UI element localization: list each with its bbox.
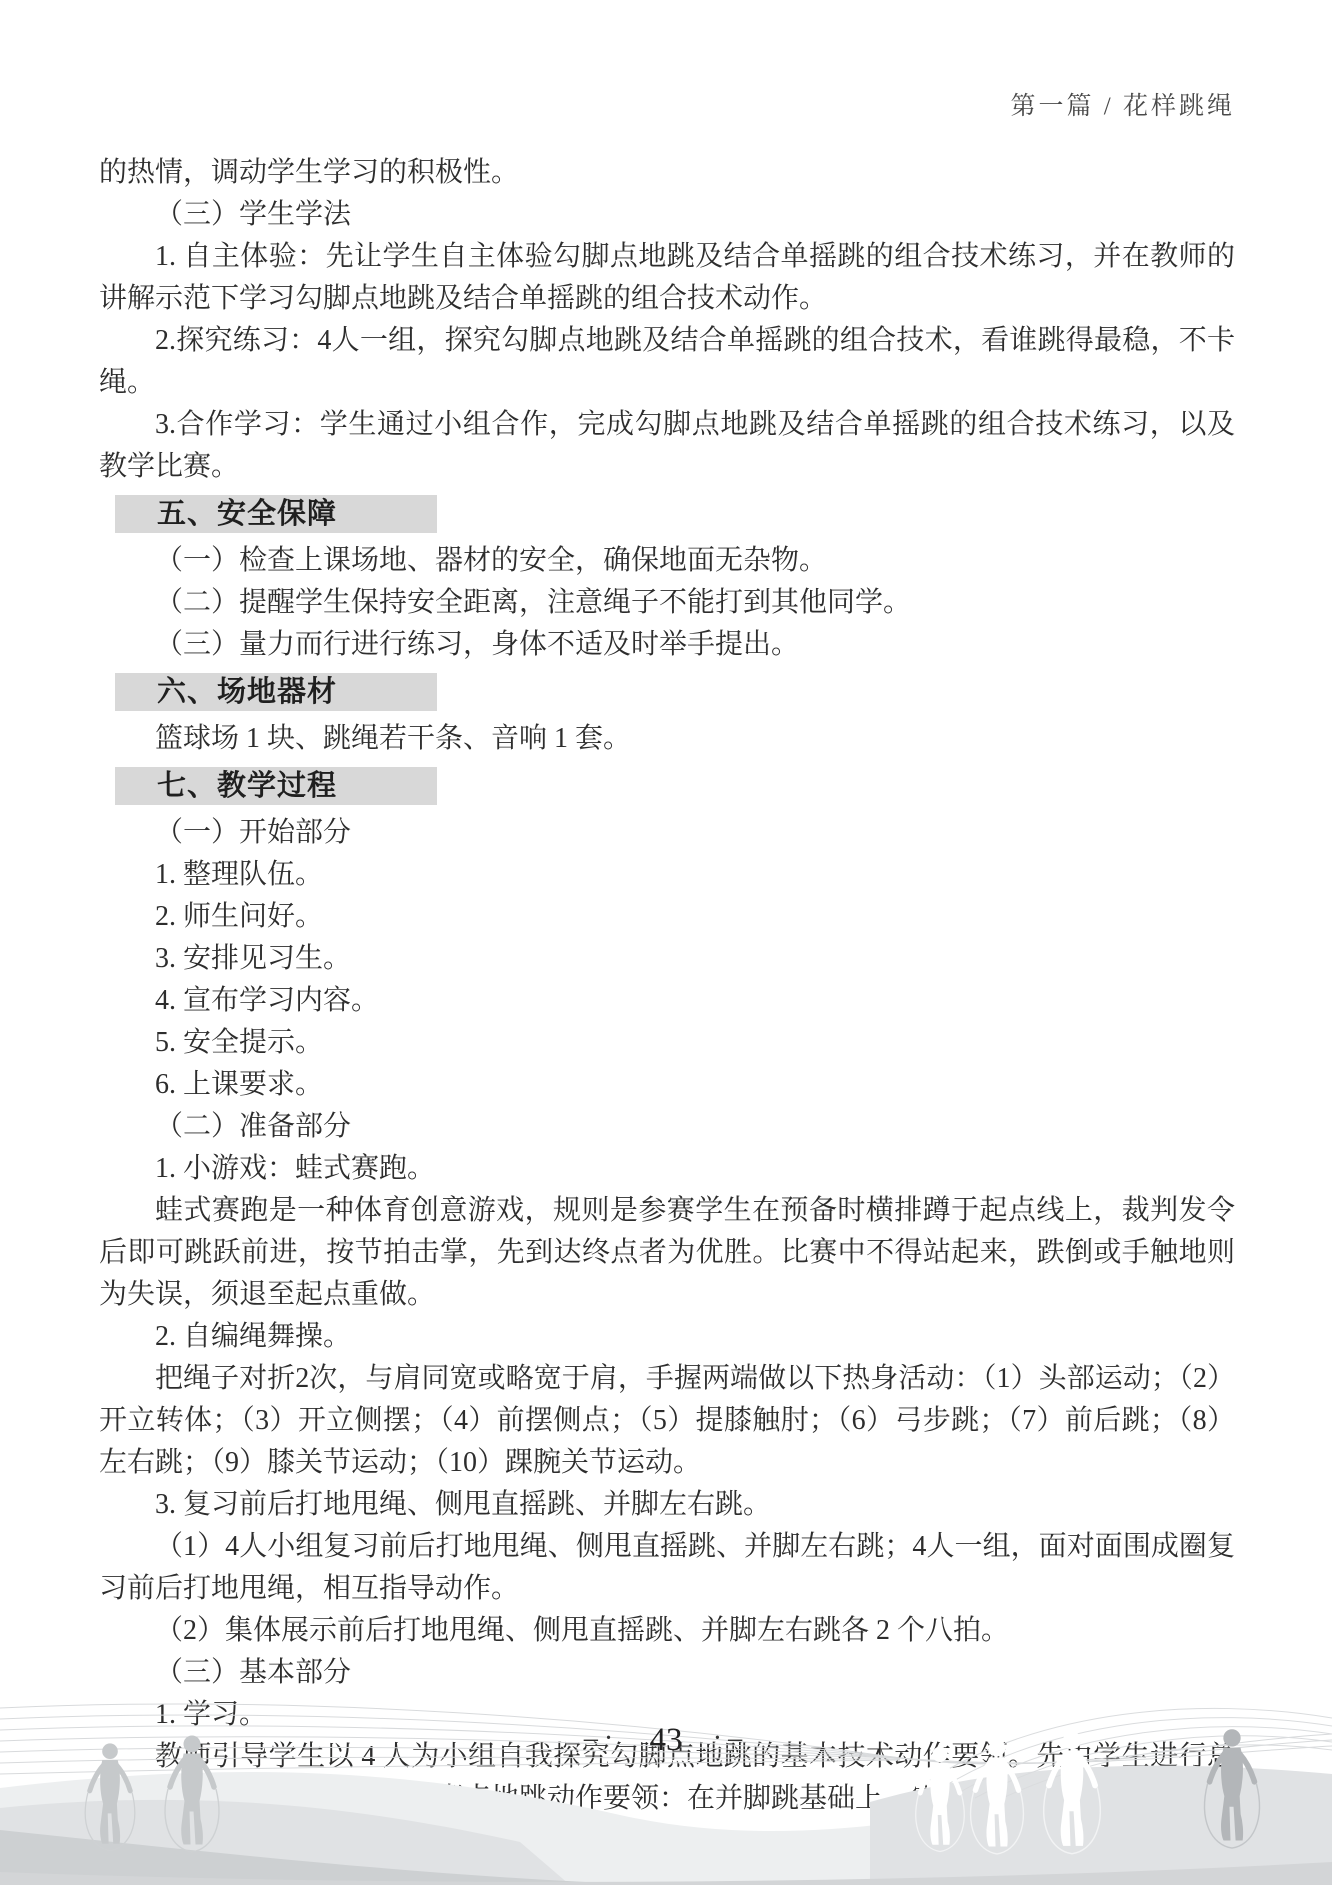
page-number: 43	[650, 1722, 683, 1759]
paragraph: （三）量力而行进行练习，身体不适及时举手提出。	[99, 624, 1235, 666]
footer-decoration	[0, 1680, 1332, 1885]
section-header: 五、安全保障	[115, 495, 437, 533]
paragraph: （一）开始部分	[99, 812, 1235, 854]
page-number-left-ornament: –·	[584, 1723, 619, 1755]
paragraph: （二）准备部分	[99, 1106, 1235, 1148]
paragraph: （二）提醒学生保持安全距离，注意绳子不能打到其他同学。	[99, 582, 1235, 624]
paragraph: 2. 师生问好。	[99, 896, 1235, 938]
book-page: 第一篇 / 花样跳绳 的热情，调动学生学习的积极性。（三）学生学法1. 自主体验…	[0, 0, 1332, 1885]
paragraph: 篮球场 1 块、跳绳若干条、音响 1 套。	[99, 718, 1235, 760]
paragraph: （1）4人小组复习前后打地甩绳、侧甩直摇跳、并脚左右跳；4人一组，面对面围成圈复…	[99, 1526, 1235, 1610]
paragraph: 的热情，调动学生学习的积极性。	[99, 152, 1235, 194]
paragraph: （2）集体展示前后打地甩绳、侧甩直摇跳、并脚左右跳各 2 个八拍。	[99, 1610, 1235, 1652]
paragraph: 蛙式赛跑是一种体育创意游戏，规则是参赛学生在预备时横排蹲于起点线上，裁判发令后即…	[99, 1190, 1235, 1316]
section-header: 七、教学过程	[115, 767, 437, 805]
paragraph: 1. 自主体验：先让学生自主体验勾脚点地跳及结合单摇跳的组合技术练习，并在教师的…	[99, 236, 1235, 320]
paragraph: 1. 小游戏：蛙式赛跑。	[99, 1148, 1235, 1190]
paragraph: （三）学生学法	[99, 194, 1235, 236]
paragraph: 6. 上课要求。	[99, 1064, 1235, 1106]
paragraph: （一）检查上课场地、器材的安全，确保地面无杂物。	[99, 540, 1235, 582]
paragraph: 2. 自编绳舞操。	[99, 1316, 1235, 1358]
paragraph: 3. 安排见习生。	[99, 938, 1235, 980]
paragraph: 把绳子对折2次，与肩同宽或略宽于肩，手握两端做以下热身活动：（1）头部运动；（2…	[99, 1358, 1235, 1484]
paragraph: 1. 整理队伍。	[99, 854, 1235, 896]
document-body: 的热情，调动学生学习的积极性。（三）学生学法1. 自主体验：先让学生自主体验勾脚…	[99, 152, 1235, 1820]
section-header: 六、场地器材	[115, 673, 437, 711]
page-number-right-ornament: ·–	[713, 1723, 748, 1755]
paragraph: 2.探究练习：4人一组，探究勾脚点地跳及结合单摇跳的组合技术，看谁跳得最稳，不卡…	[99, 320, 1235, 404]
paragraph: 3. 复习前后打地甩绳、侧甩直摇跳、并脚左右跳。	[99, 1484, 1235, 1526]
running-head: 第一篇 / 花样跳绳	[1011, 86, 1235, 122]
paragraph: 3.合作学习：学生通过小组合作，完成勾脚点地跳及结合单摇跳的组合技术练习，以及教…	[99, 404, 1235, 488]
paragraph: 5. 安全提示。	[99, 1022, 1235, 1064]
paragraph: 4. 宣布学习内容。	[99, 980, 1235, 1022]
page-number-row: –· 43 ·–	[0, 1722, 1332, 1759]
